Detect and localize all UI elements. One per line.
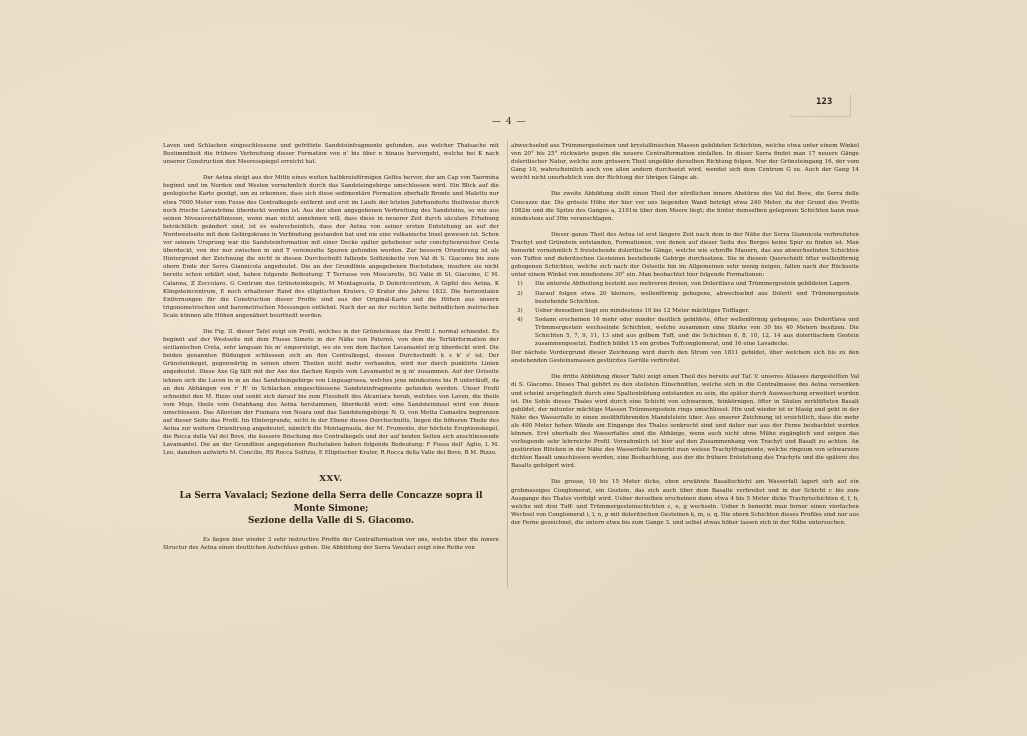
list-item: 1) Die unterste Abtheilung besteht aus m… — [511, 280, 859, 288]
paragraph: Laven und Schlacken eingeschlossene und … — [163, 142, 499, 166]
paragraph: Dieser ganze Theil des Aetna ist erst lä… — [511, 231, 859, 280]
list-number: 4) — [511, 316, 535, 348]
section-title: La Serra Vavalaci; Sezione della Serra d… — [163, 490, 499, 528]
section-title-line-1: La Serra Vavalaci; Sezione della Serra d… — [163, 490, 499, 515]
list-text: Ueber denselben liegt ein mindestens 10 … — [535, 307, 859, 315]
list-item: 4) Sodann erscheinen 16 mehr oder minder… — [511, 316, 859, 348]
paragraph: Die zweite Abbildung stellt einen Theil … — [511, 190, 859, 222]
stamp-number: 123 — [816, 97, 832, 107]
paragraph: Die dritte Abbildung dieser Tafel zeigt … — [511, 373, 859, 470]
section-number: XXV. — [163, 473, 499, 485]
formations-list: 1) Die unterste Abtheilung besteht aus m… — [511, 280, 859, 348]
left-column: Laven und Schlacken eingeschlossene und … — [163, 142, 499, 560]
list-item: 3) Ueber denselben liegt ein mindestens … — [511, 307, 859, 315]
list-text: Sodann erscheinen 16 mehr oder minder de… — [535, 316, 859, 348]
right-column: abwechselnd aus Trümmergesteinen und kry… — [511, 142, 859, 535]
paragraph: Der nächste Vordergrund dieser Zeichnung… — [511, 349, 859, 365]
section-title-line-2: Sezione della Valle di S. Giacomo. — [163, 515, 499, 528]
paragraph: abwechselnd aus Trümmergesteinen und kry… — [511, 142, 859, 182]
column-divider — [507, 140, 508, 588]
list-item: 2) Darauf folgen etwa 20 kleinere, welle… — [511, 290, 859, 306]
paragraph: Die grosse, 10 bis 15 Meter dicke, eben … — [511, 478, 859, 527]
paragraph: Die Fig. II. dieser Tafel zeigt ein Prof… — [163, 328, 499, 458]
list-number: 3) — [511, 307, 535, 315]
section-intro-paragraph: Es liegen hier wieder 3 sehr instructive… — [163, 536, 499, 552]
list-text: Die unterste Abtheilung besteht aus mehr… — [535, 280, 859, 288]
paragraph: Der Aetna steigt aus der Mitte eines wei… — [163, 174, 499, 320]
page-number: — 4 — — [492, 117, 526, 127]
list-number: 2) — [511, 290, 535, 306]
library-stamp: 123 — [790, 94, 851, 117]
list-number: 1) — [511, 280, 535, 288]
list-text: Darauf folgen etwa 20 kleinere, wellenfö… — [535, 290, 859, 306]
